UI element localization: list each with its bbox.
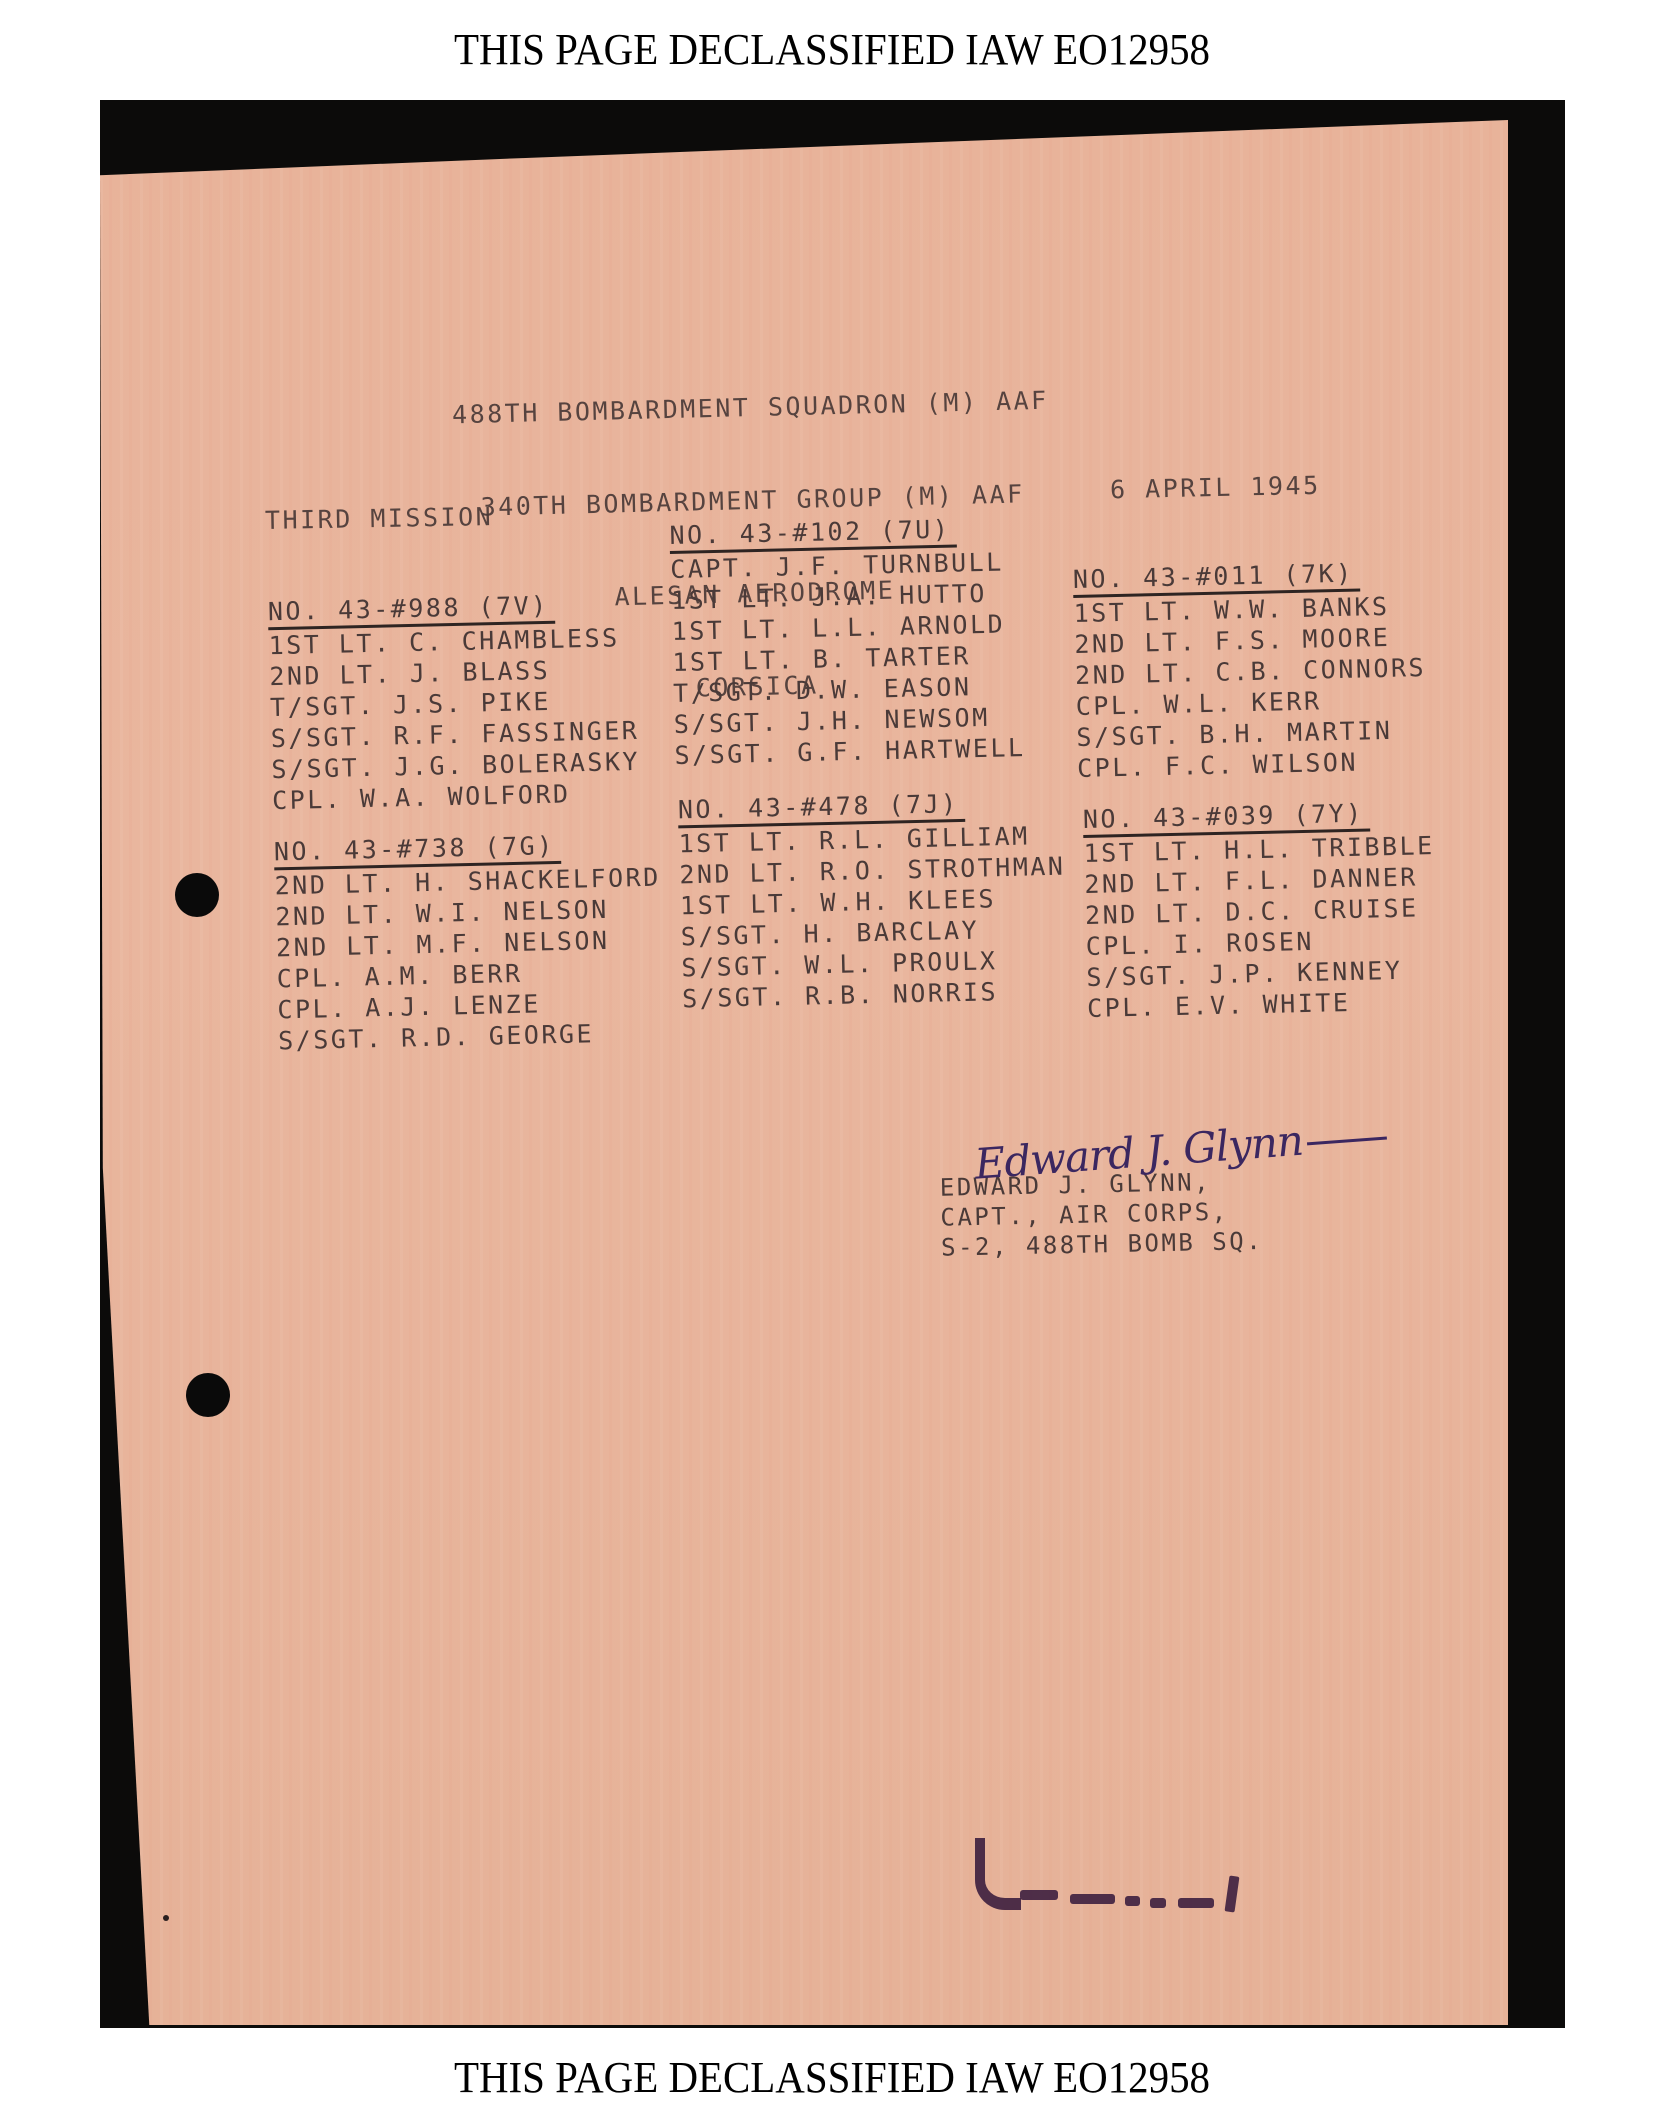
declassification-banner-bottom: THIS PAGE DECLASSIFIED IAW EO12958 <box>58 2052 1606 2103</box>
header-line-squadron: 488TH BOMBARDMENT SQUADRON (M) AAF <box>452 385 1049 431</box>
crew-block: NO. 43-#738 (7G) 2ND LT. H. SHACKELFORD … <box>274 828 665 1057</box>
crew-block: NO. 43-#039 (7Y) 1ST LT. H.L. TRIBBLE 2N… <box>1083 796 1439 1024</box>
punch-hole <box>186 1373 230 1417</box>
stamp-bracket-mark <box>975 1838 1021 1910</box>
crew-block: NO. 43-#478 (7J) 1ST LT. R.L. GILLIAM 2N… <box>678 786 1069 1015</box>
document-date: 6 APRIL 1945 <box>1110 470 1321 505</box>
signature-block: Edward J. Glynn EDWARD J. GLYNN, CAPT., … <box>939 1120 1390 1262</box>
crew-block: NO. 43-#011 (7K) 1ST LT. W.W. BANKS 2ND … <box>1073 556 1429 784</box>
crew-block: NO. 43-#988 (7V) 1ST LT. C. CHAMBLESS 2N… <box>268 588 641 816</box>
mission-label: THIRD MISSION <box>265 501 494 536</box>
punch-hole <box>175 873 219 917</box>
partial-stamp-mark <box>975 1838 1295 1918</box>
crew-block: NO. 43-#102 (7U) CAPT. J.F. TURNBULL 1ST… <box>669 512 1026 771</box>
declassification-banner-top: THIS PAGE DECLASSIFIED IAW EO12958 <box>58 24 1606 75</box>
ink-speck <box>163 1915 169 1921</box>
